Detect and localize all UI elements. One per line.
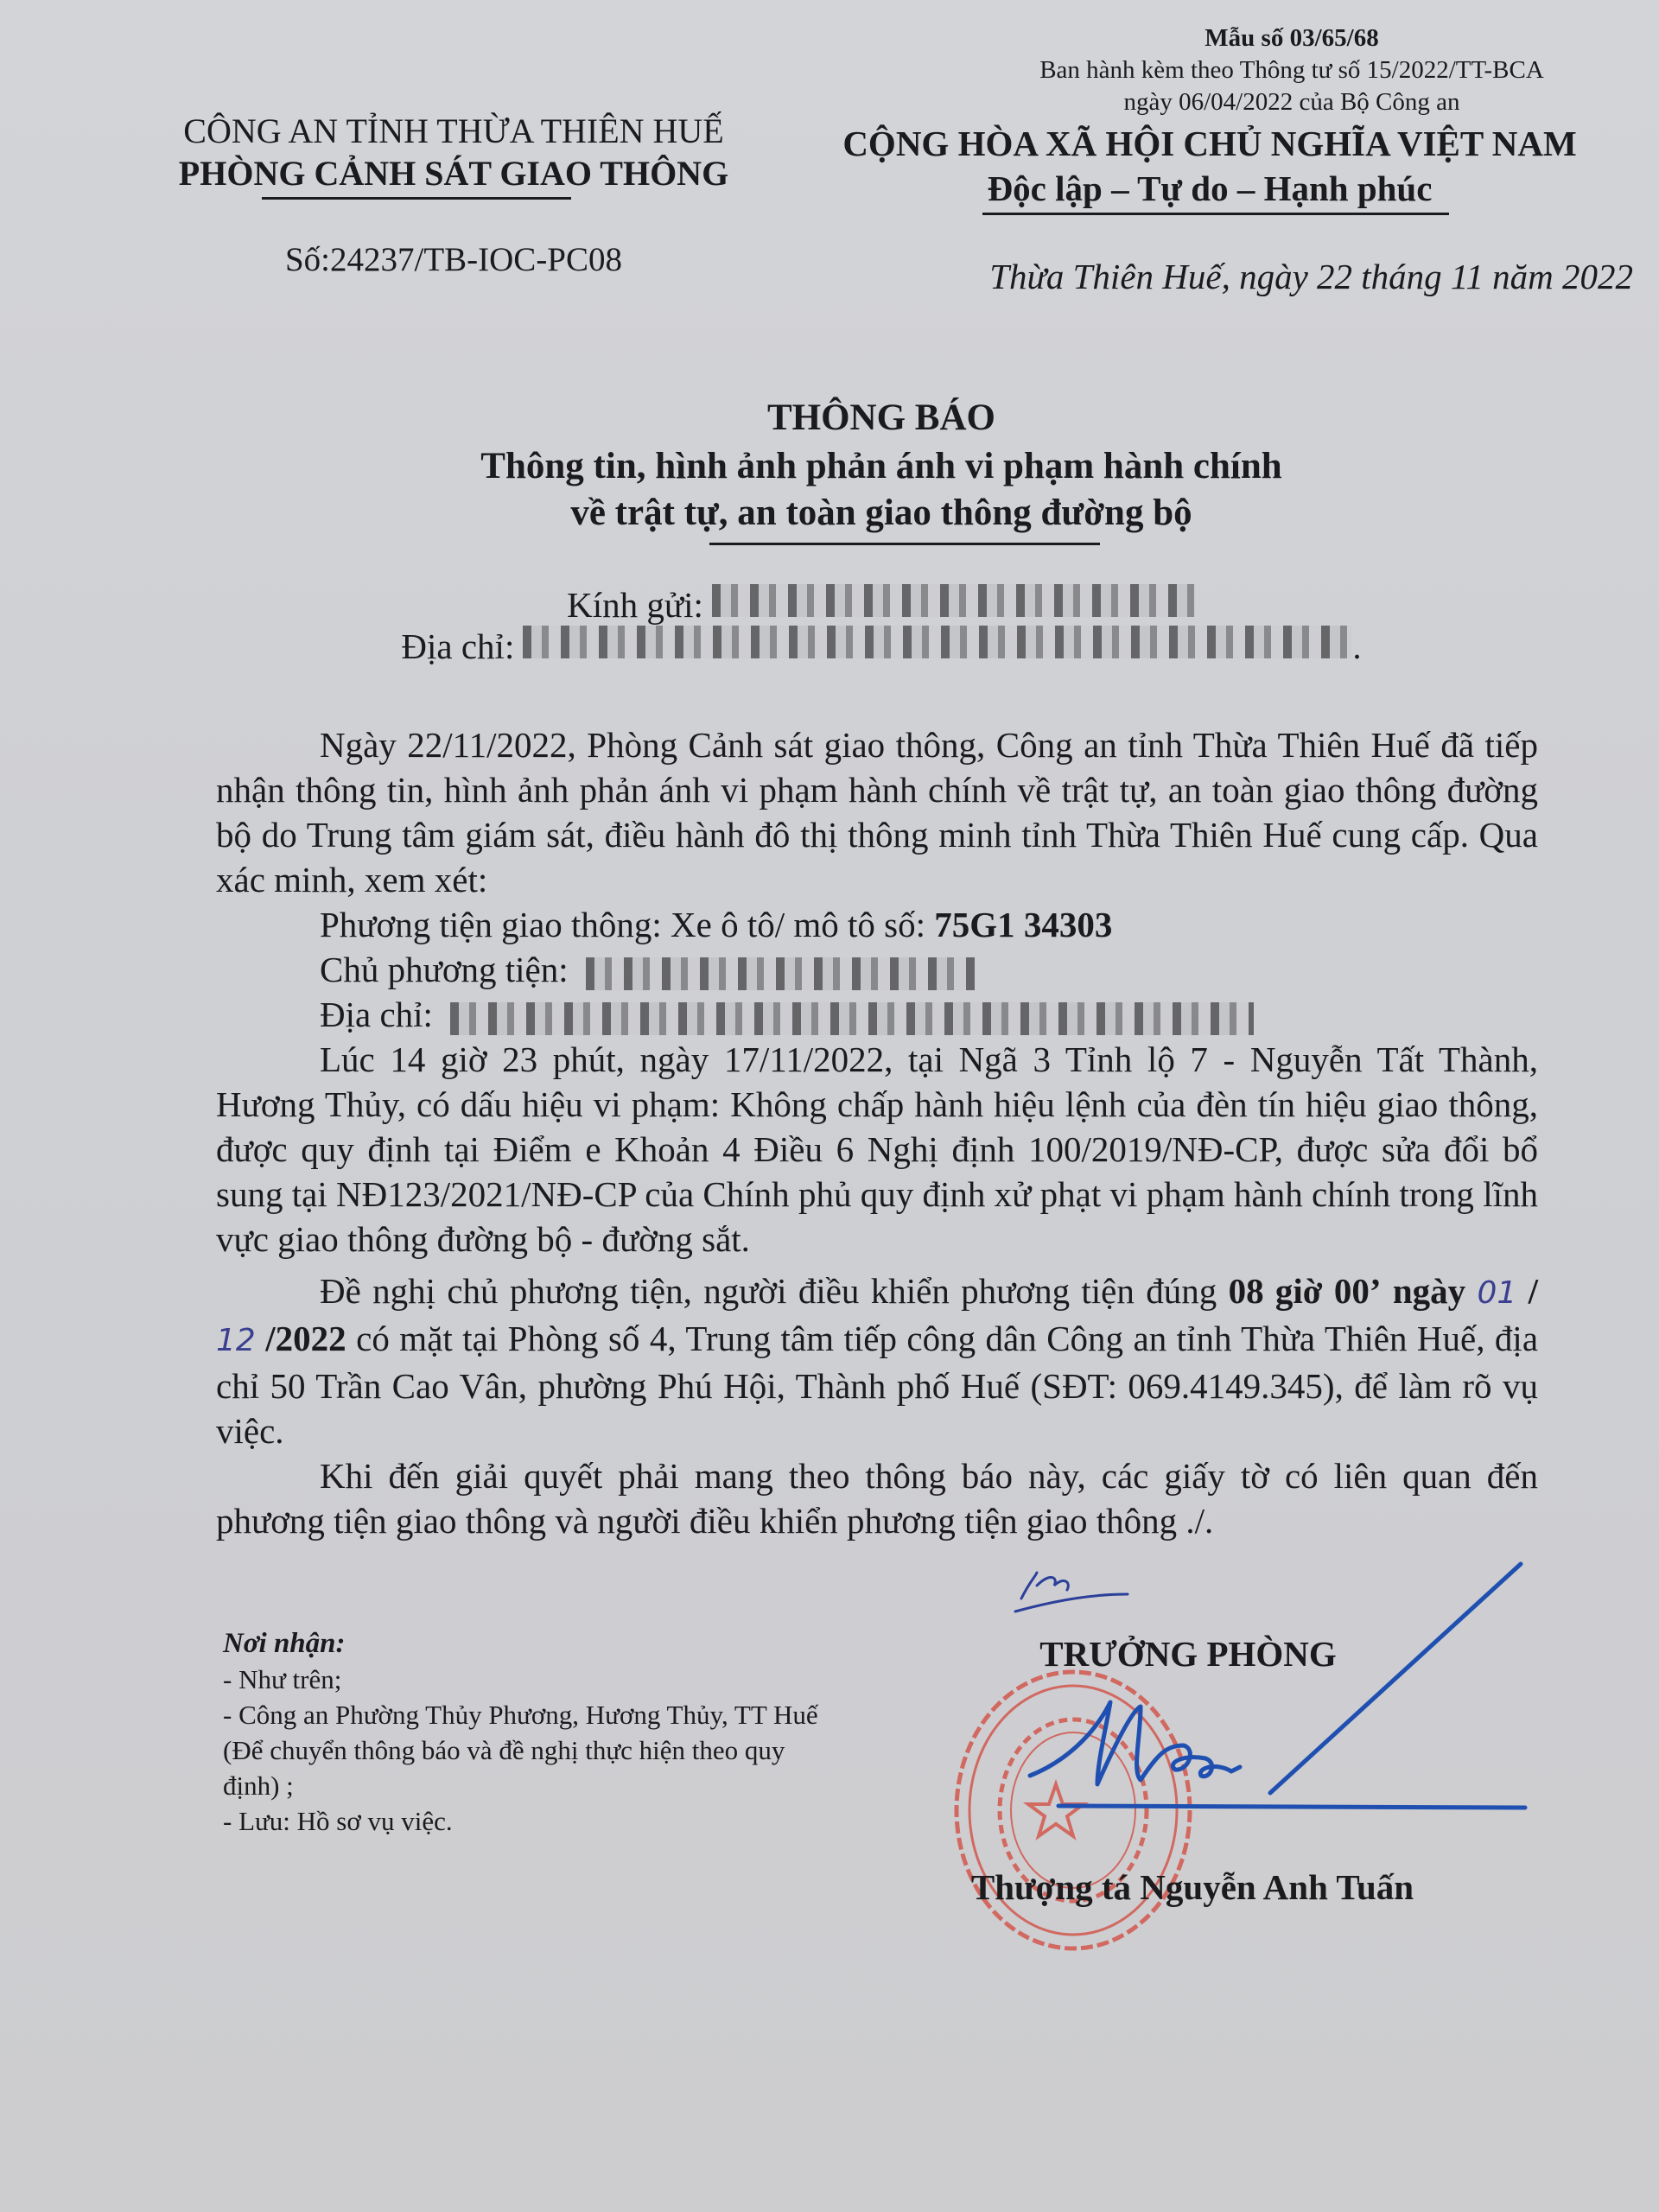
title-line-1: Thông tin, hình ảnh phản ánh vi phạm hàn… xyxy=(259,443,1503,490)
recipient-name-redacted xyxy=(712,584,1196,617)
form-issued-date: ngày 06/04/2022 của Bộ Công an xyxy=(959,86,1624,118)
agency-underline xyxy=(262,197,571,200)
agency-unit: PHÒNG CẢNH SÁT GIAO THÔNG xyxy=(130,152,778,195)
recipient-address-label: Địa chỉ: xyxy=(401,626,514,667)
paragraph-violation: Lúc 14 giờ 23 phút, ngày 17/11/2022, tại… xyxy=(216,1037,1538,1262)
recipient-block: Kính gửi: Địa chỉ: . xyxy=(259,584,1503,667)
owner-line: Chủ phương tiện: xyxy=(216,947,1538,992)
national-header: CỘNG HÒA XÃ HỘI CHỦ NGHĨA VIỆT NAM Độc l… xyxy=(778,121,1642,211)
summons-year: /2022 xyxy=(265,1319,346,1358)
motto-underline xyxy=(982,213,1449,215)
agency-parent: CÔNG AN TỈNH THỪA THIÊN HUẾ xyxy=(130,111,778,152)
paragraph-summons: Đề nghị chủ phương tiện, người điều khiể… xyxy=(216,1268,1538,1453)
owner-label: Chủ phương tiện: xyxy=(320,950,569,989)
notice-body: Ngày 22/11/2022, Phòng Cảnh sát giao thô… xyxy=(216,722,1538,1543)
recipients-item: - Lưu: Hồ sơ vụ việc. xyxy=(223,1803,845,1839)
recipients-item: - Công an Phường Thủy Phương, Hương Thủy… xyxy=(223,1697,845,1803)
date-separator: / xyxy=(1529,1271,1538,1311)
signatory-name: Thượng tá Nguyễn Anh Tuấn xyxy=(916,1866,1469,1908)
paragraph-intro: Ngày 22/11/2022, Phòng Cảnh sát giao thô… xyxy=(216,722,1538,902)
summons-intro: Đề nghị chủ phương tiện, người điều khiể… xyxy=(320,1271,1217,1311)
summons-time: 08 giờ 00’ xyxy=(1229,1271,1382,1311)
title-line-2: về trật tự, an toàn giao thông đường bộ xyxy=(259,490,1503,537)
handwritten-day: 01 xyxy=(1477,1275,1516,1311)
recipient-row: Kính gửi: xyxy=(259,584,1503,626)
owner-address-label: Địa chỉ: xyxy=(320,995,433,1034)
place-date: Thừa Thiên Huế, ngày 22 tháng 11 năm 202… xyxy=(778,256,1633,297)
owner-address-line: Địa chỉ: xyxy=(216,992,1538,1037)
document-title: THÔNG BÁO Thông tin, hình ảnh phản ánh v… xyxy=(259,393,1503,537)
national-motto: Độc lập – Tự do – Hạnh phúc xyxy=(778,166,1642,211)
form-reference: Mẫu số 03/65/68 Ban hành kèm theo Thông … xyxy=(959,22,1624,118)
form-number: Mẫu số 03/65/68 xyxy=(959,22,1624,54)
handwritten-month: 12 xyxy=(216,1323,256,1358)
title-heading: THÔNG BÁO xyxy=(259,393,1503,443)
recipients-list: Nơi nhận: - Như trên; - Công an Phường T… xyxy=(223,1626,845,1839)
agency-header: CÔNG AN TỈNH THỪA THIÊN HUẾ PHÒNG CẢNH S… xyxy=(130,111,778,195)
recipient-label: Kính gửi: xyxy=(567,584,703,626)
recipient-address-row: Địa chỉ: . xyxy=(259,626,1503,667)
document-number: Số:24237/TB-IOC-PC08 xyxy=(130,240,778,279)
title-underline xyxy=(709,543,1100,545)
recipients-item: - Như trên; xyxy=(223,1662,845,1697)
paragraph-documents: Khi đến giải quyết phải mang theo thông … xyxy=(216,1453,1538,1543)
owner-address-redacted xyxy=(450,1002,1254,1035)
nation-name: CỘNG HÒA XÃ HỘI CHỦ NGHĨA VIỆT NAM xyxy=(778,121,1642,166)
recipient-address-redacted xyxy=(523,626,1352,658)
summons-day-label: ngày xyxy=(1393,1271,1465,1311)
form-issued-with: Ban hành kèm theo Thông tư số 15/2022/TT… xyxy=(959,54,1624,86)
vehicle-plate: 75G1 34303 xyxy=(934,905,1112,944)
recipients-heading: Nơi nhận: xyxy=(223,1626,845,1662)
owner-name-redacted xyxy=(586,957,975,990)
summons-rest: có mặt tại Phòng số 4, Trung tâm tiếp cô… xyxy=(216,1319,1538,1451)
handwritten-signature-icon xyxy=(1011,1547,1547,1840)
vehicle-line: Phương tiện giao thông: Xe ô tô/ mô tô s… xyxy=(216,902,1538,947)
vehicle-label: Phương tiện giao thông: Xe ô tô/ mô tô s… xyxy=(320,905,925,944)
